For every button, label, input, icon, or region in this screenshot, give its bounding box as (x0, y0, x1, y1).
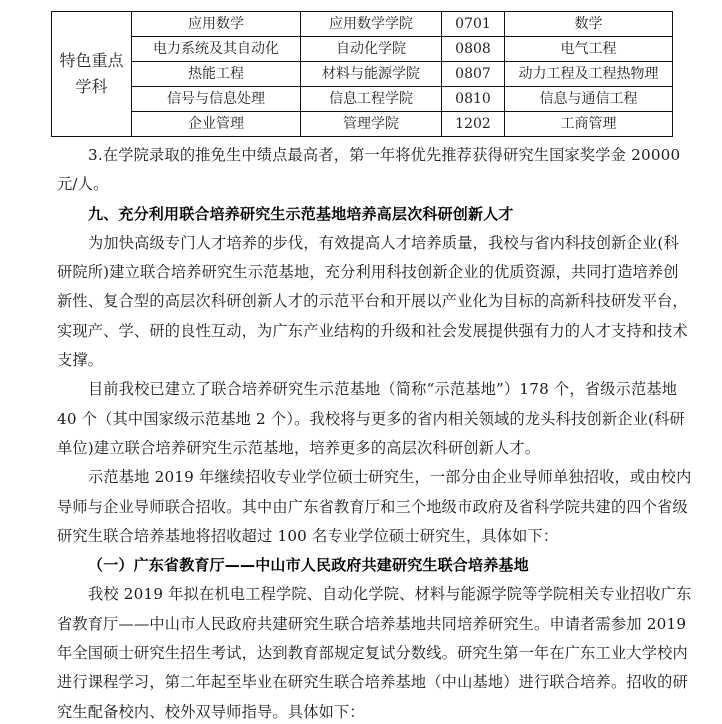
code-cell: 0808 (442, 37, 505, 62)
college-cell: 信息工程学院 (301, 87, 442, 112)
first-level-cell: 电气工程 (505, 37, 673, 62)
paragraph-line: 我校 2019 年拟在机电工程学院、自动化学院、材料与能源学院等学院相关专业招收… (57, 580, 672, 609)
table-row: 电力系统及其自动化 自动化学院 0808 电气工程 (52, 37, 673, 62)
first-level-cell: 工商管理 (505, 112, 673, 137)
paragraph-line: 单位)建立联合培养研究生示范基地，培养更多的高层次科研创新人才。 (57, 434, 672, 463)
first-level-cell: 数学 (505, 12, 673, 37)
paragraph-line: 究生配备校内、校外双导师指导。具体如下： (57, 698, 672, 724)
college-cell: 材料与能源学院 (301, 62, 442, 87)
discipline-cell: 电力系统及其自动化 (132, 37, 301, 62)
paragraph-line: 导师与企业导师联合招收。其中由广东省教育厅和三个地级市政府及省科学院共建的四个省… (57, 493, 672, 522)
paragraph-line: 支撑。 (57, 346, 672, 375)
table-row: 企业管理 管理学院 1202 工商管理 (52, 112, 673, 137)
code-cell: 1202 (442, 112, 505, 137)
paragraph-line: 目前我校已建立了联合培养研究生示范基地（简称“示范基地”）178 个，省级示范基… (57, 375, 672, 404)
paragraph-line: 省教育厅——中山市人民政府共建研究生联合培养基地共同培养研究生。申请者需参加 2… (57, 610, 672, 639)
code-cell: 0807 (442, 62, 505, 87)
category-cell: 特色重点 学科 (52, 12, 132, 137)
college-cell: 应用数学学院 (301, 12, 442, 37)
section-9-heading: 九、充分利用联合培养研究生示范基地培养高层次科研创新人才 (57, 200, 672, 229)
discipline-cell: 信号与信息处理 (132, 87, 301, 112)
paragraph-line: 研院所)建立联合培养研究生示范基地，充分利用科技创新企业的优质资源，共同打造培养… (57, 258, 672, 287)
college-cell: 自动化学院 (301, 37, 442, 62)
first-level-cell: 信息与通信工程 (505, 87, 673, 112)
discipline-cell: 热能工程 (132, 62, 301, 87)
table-row: 特色重点 学科 应用数学 应用数学学院 0701 数学 (52, 12, 673, 37)
category-line: 学科 (52, 74, 131, 100)
paragraph-line: 为加快高级专门人才培养的步伐，有效提高人才培养质量，我校与省内科技创新企业(科 (57, 229, 672, 258)
code-cell: 0810 (442, 87, 505, 112)
document-body: 3.在学院录取的推免生中绩点最高者，第一年将优先推荐获得研究生国家奖学金 200… (57, 141, 672, 724)
paragraph-line: 40 个（其中国家级示范基地 2 个）。我校将与更多的省内相关领域的龙头科技创新… (57, 405, 672, 434)
key-disciplines-table: 特色重点 学科 应用数学 应用数学学院 0701 数学 电力系统及其自动化 自动… (51, 11, 673, 137)
item-3-line: 3.在学院录取的推免生中绩点最高者，第一年将优先推荐获得研究生国家奖学金 200… (57, 141, 672, 170)
paragraph-line: 研究生联合培养基地将招收超过 100 名专业学位硕士研究生，具体如下： (57, 522, 672, 551)
code-cell: 0701 (442, 12, 505, 37)
table-row: 信号与信息处理 信息工程学院 0810 信息与通信工程 (52, 87, 673, 112)
discipline-cell: 企业管理 (132, 112, 301, 137)
subsection-1-heading: （一）广东省教育厅——中山市人民政府共建研究生联合培养基地 (57, 551, 672, 580)
item-3-line: 元/人。 (57, 170, 672, 199)
paragraph-line: 进行课程学习，第二年起至毕业在研究生联合培养基地（中山基地）进行联合培养。招收的… (57, 668, 672, 697)
paragraph-line: 新性、复合型的高层次科研创新人才的示范平台和开展以产业化为目标的高新科技研发平台… (57, 287, 672, 316)
table-row: 热能工程 材料与能源学院 0807 动力工程及工程热物理 (52, 62, 673, 87)
college-cell: 管理学院 (301, 112, 442, 137)
first-level-cell: 动力工程及工程热物理 (505, 62, 673, 87)
discipline-cell: 应用数学 (132, 12, 301, 37)
paragraph-line: 实现产、学、研的良性互动，为广东产业结构的升级和社会发展提供强有力的人才支持和技… (57, 317, 672, 346)
category-line: 特色重点 (52, 48, 131, 74)
paragraph-line: 年全国硕士研究生招生考试，达到教育部规定复试分数线。研究生第一年在广东工业大学校… (57, 639, 672, 668)
paragraph-line: 示范基地 2019 年继续招收专业学位硕士研究生，一部分由企业导师单独招收，或由… (57, 463, 672, 492)
